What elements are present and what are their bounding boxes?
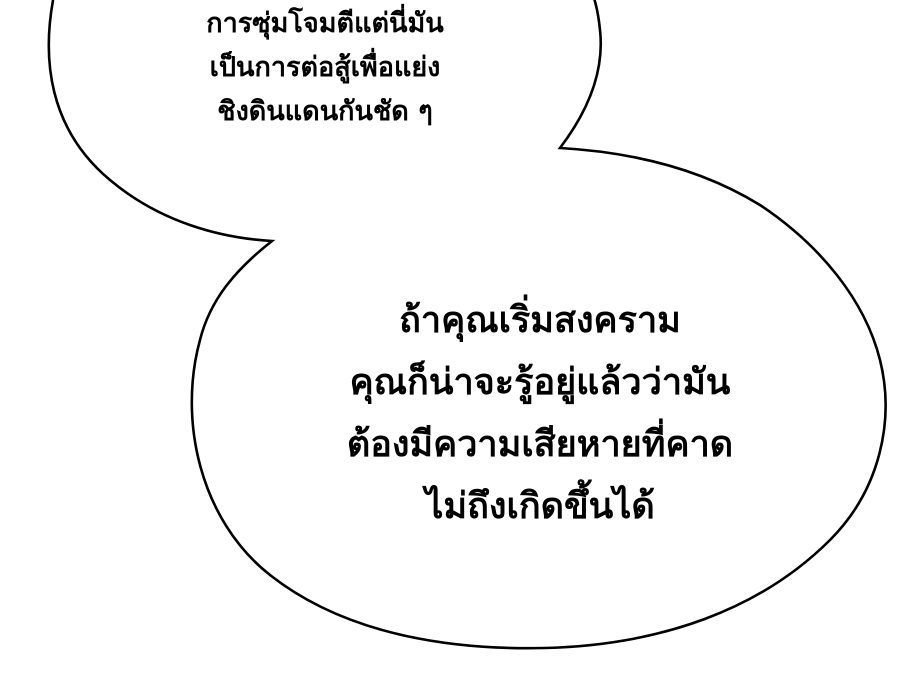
top-bubble-line-2: เป็นการต่อสู้เพื่อแย่ง bbox=[150, 46, 500, 90]
bottom-bubble-line-2: คุณก็น่าจะรู้อยู่แล้วว่ามัน bbox=[280, 352, 800, 414]
top-bubble-line-1: การซุ่มโจมตีแต่นี่มัน bbox=[150, 2, 500, 46]
bottom-bubble-line-3: ต้องมีความเสียหายที่คาด bbox=[280, 414, 800, 476]
bottom-bubble-line-1: ถ้าคุณเริ่มสงคราม bbox=[280, 290, 800, 352]
top-bubble-text: การซุ่มโจมตีแต่นี่มัน เป็นการต่อสู้เพื่อ… bbox=[150, 2, 500, 134]
top-bubble-line-3: ชิงดินแดนกันชัด ๆ bbox=[150, 90, 500, 134]
comic-panel: การซุ่มโจมตีแต่นี่มัน เป็นการต่อสู้เพื่อ… bbox=[0, 0, 900, 700]
bottom-bubble-line-4: ไม่ถึงเกิดขึ้นได้ bbox=[280, 476, 800, 538]
bottom-bubble-text: ถ้าคุณเริ่มสงคราม คุณก็น่าจะรู้อยู่แล้วว… bbox=[280, 290, 800, 538]
